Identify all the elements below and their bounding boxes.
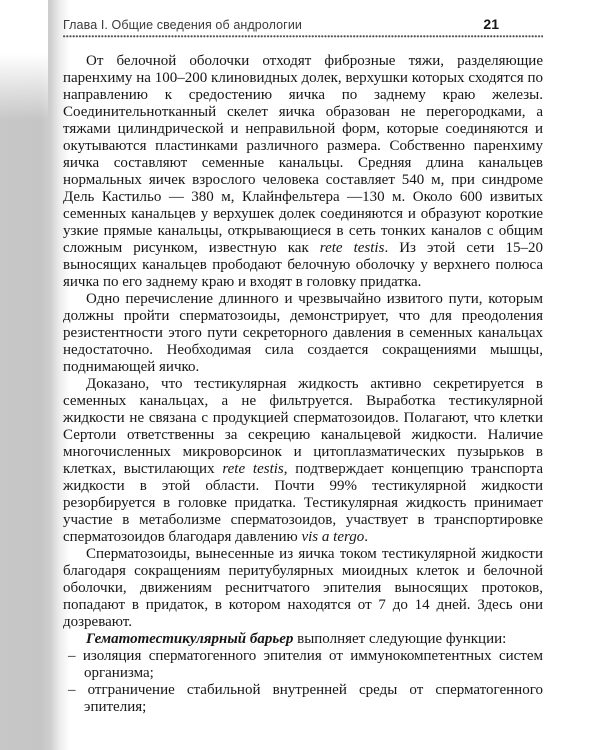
text-segment: отграничение стабильной внутренней среды… — [84, 682, 543, 715]
text-segment: изоляция сперматогенного эпителия от имм… — [83, 648, 543, 681]
paragraph: Гематотестикулярный барьер выполняет сле… — [63, 631, 543, 648]
text-segment-bold-italic: Гематотестикулярный барьер — [86, 631, 293, 647]
dotted-rule — [63, 35, 543, 38]
text-segment: Сперматозоиды, вынесенные из яичка током… — [63, 546, 543, 630]
page-number: 21 — [483, 16, 499, 32]
page-header: Глава I. Общие сведения об андрологии 21 — [63, 16, 543, 32]
text-segment-italic: vis a tergo — [301, 529, 364, 545]
list-dash: – — [68, 648, 83, 664]
list-item: – изоляция сперматогенного эпителия от и… — [63, 648, 543, 682]
paragraph: От белочной оболочки отходят фиброзные т… — [63, 53, 543, 291]
text-segment: выполняет следующие функции: — [293, 631, 506, 647]
running-title: Глава I. Общие сведения об андрологии — [63, 18, 302, 32]
list-item: – отграничение стабильной внутренней сре… — [63, 682, 543, 716]
scan-spine-shadow — [0, 0, 70, 750]
paragraph: Одно перечисление длинного и чрезвычайно… — [63, 291, 543, 376]
paragraph: Доказано, что тестикулярная жидкость акт… — [63, 376, 543, 546]
paragraph: Сперматозоиды, вынесенные из яичка током… — [63, 546, 543, 631]
text-segment-italic: rete testis — [222, 461, 283, 477]
page-content: Глава I. Общие сведения об андрологии 21… — [63, 16, 543, 716]
text-segment: Одно перечисление длинного и чрезвычайно… — [63, 291, 543, 375]
text-segment-italic: rete testis — [320, 240, 385, 256]
list-dash: – — [68, 682, 88, 698]
body-text: От белочной оболочки отходят фиброзные т… — [63, 53, 543, 716]
text-segment: От белочной оболочки отходят фиброзные т… — [63, 53, 543, 256]
text-segment: . — [364, 529, 368, 545]
